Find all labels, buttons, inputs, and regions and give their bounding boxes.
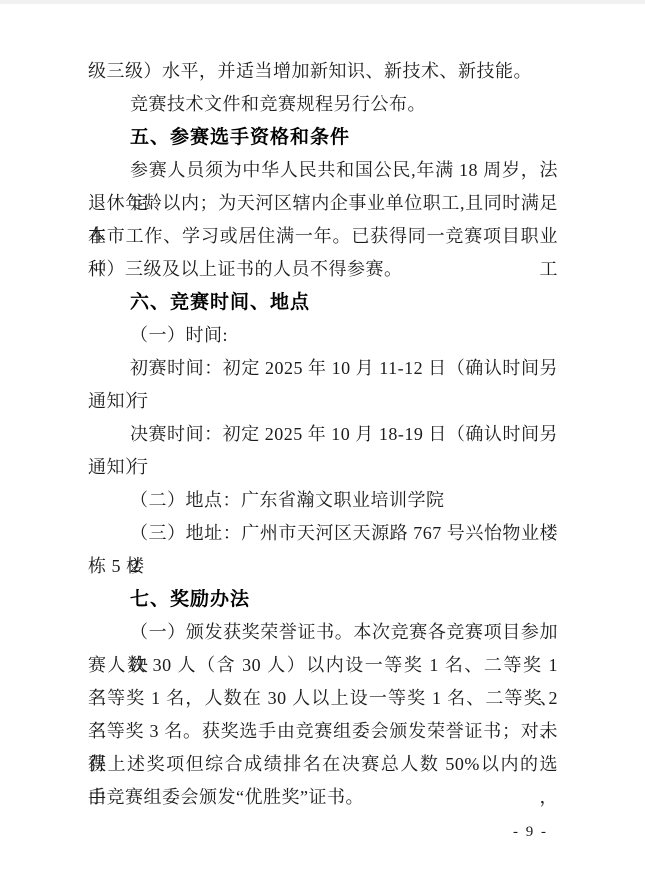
text-line: 栋 5 楼 — [88, 550, 558, 583]
viewer-top-edge — [0, 0, 645, 4]
text-line: （一）时间: — [88, 319, 558, 352]
text-line: 得上述奖项但综合成绩排名在决赛总人数 50%以内的选手， — [88, 748, 558, 781]
text-line: （一）颁发获奖荣誉证书。本次竞赛各竞赛项目参加决 — [88, 616, 558, 649]
section-heading: 七、奖励办法 — [88, 583, 558, 616]
text-line: 通知） — [88, 451, 558, 484]
document-body: 级三级）水平，并适当增加新知识、新技术、新技能。竞赛技术文件和竞赛规程另行公布。… — [88, 55, 558, 814]
section-heading: 五、参赛选手资格和条件 — [88, 121, 558, 154]
text-line: 竞赛技术文件和竞赛规程另行公布。 — [88, 88, 558, 121]
document-page: 级三级）水平，并适当增加新知识、新技术、新技能。竞赛技术文件和竞赛规程另行公布。… — [0, 0, 645, 891]
section-heading: 六、竞赛时间、地点 — [88, 286, 558, 319]
text-line: （三）地址：广州市天河区天源路 767 号兴怡物业楼 2 — [88, 517, 558, 550]
page-number: - 9 - — [88, 824, 548, 841]
text-line: 退休年龄以内；为天河区辖内企事业单位职工,且同时满足在 — [88, 187, 558, 220]
text-line: 级三级）水平，并适当增加新知识、新技术、新技能。 — [88, 55, 558, 88]
text-line: 本市工作、学习或居住满一年。已获得同一竞赛项目职业（工 — [88, 220, 558, 253]
text-line: （二）地点：广东省瀚文职业培训学院 — [88, 484, 558, 517]
text-line: 三等奖 1 名，人数在 30 人以上设一等奖 1 名、二等奖 2 名、 — [88, 682, 558, 715]
text-line: 决赛时间：初定 2025 年 10 月 18-19 日（确认时间另行 — [88, 418, 558, 451]
text-line: 三等奖 3 名。获奖选手由竞赛组委会颁发荣誉证书；对未获 — [88, 715, 558, 748]
text-line: 参赛人员须为中华人民共和国公民,年满 18 周岁，法定 — [88, 154, 558, 187]
text-line: 初赛时间：初定 2025 年 10 月 11-12 日（确认时间另行 — [88, 352, 558, 385]
text-line: 通知） — [88, 385, 558, 418]
text-line: 赛人数 30 人（含 30 人）以内设一等奖 1 名、二等奖 1 名、 — [88, 649, 558, 682]
